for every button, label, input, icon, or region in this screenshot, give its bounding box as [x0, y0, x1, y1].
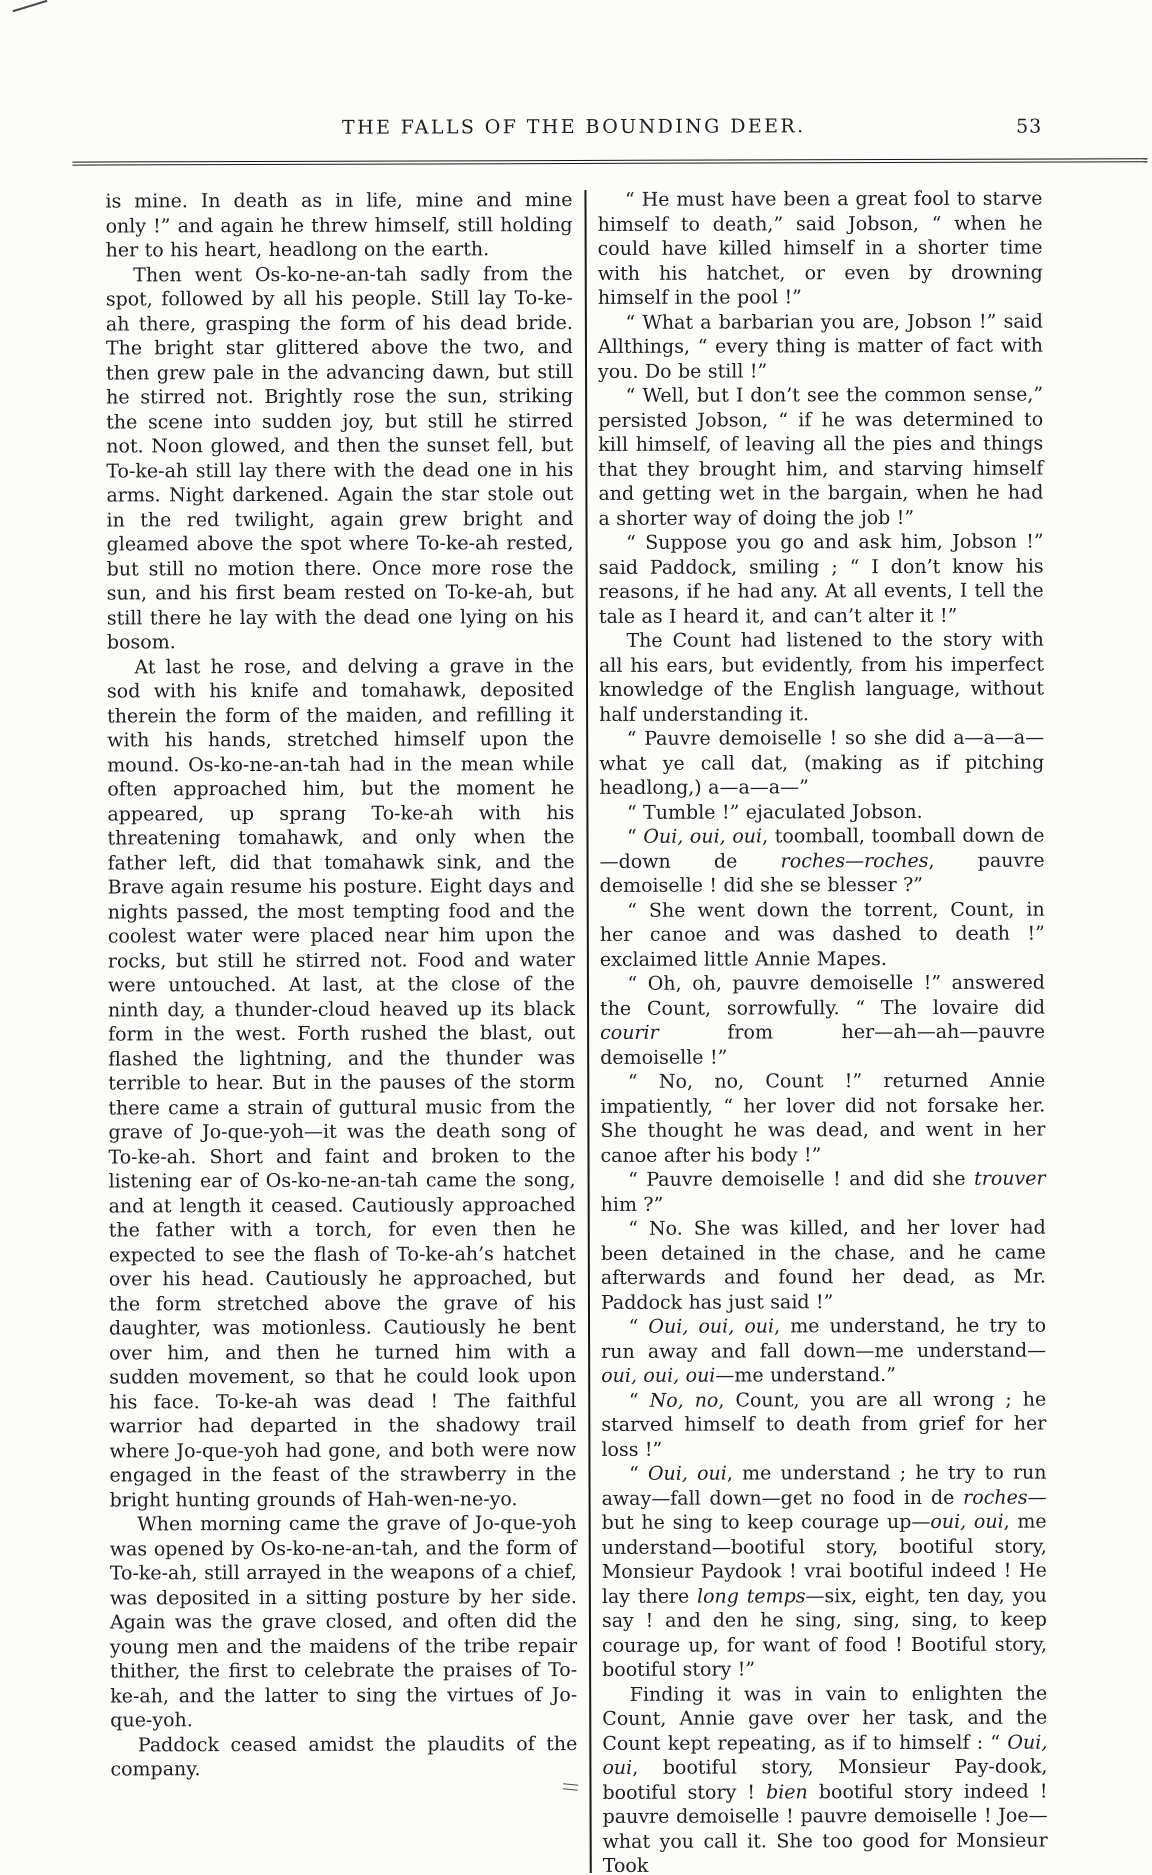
page-content: THE FALLS OF THE BOUNDING DEER. 53 is mi…	[105, 115, 1048, 1875]
paragraph: “ Oui, oui, me understand ; he try to ru…	[601, 1461, 1047, 1683]
left-column: is mine. In death as in life, mine and m…	[105, 188, 577, 1875]
paragraph: At last he rose, and delving a grave in …	[107, 654, 577, 1513]
right-column: “ He must have been a great fool to star…	[597, 187, 1047, 1875]
text-columns: is mine. In death as in life, mine and m…	[105, 187, 1047, 1875]
paragraph: “ Oui, oui, oui, me understand, he try t…	[601, 1314, 1046, 1389]
paragraph: “ He must have been a great fool to star…	[597, 187, 1042, 311]
page-number: 53	[1016, 116, 1042, 138]
paragraph: “ What a barbarian you are, Jobson !” sa…	[598, 309, 1043, 384]
scan-artifact-top-left	[12, 0, 47, 12]
running-title: THE FALLS OF THE BOUNDING DEER.	[105, 115, 1042, 140]
paragraph: The Count had listened to the story with…	[599, 628, 1044, 727]
paragraph: “ No, no, Count, you are all wrong ; he …	[601, 1387, 1046, 1462]
paragraph: Then went Os-ko-ne-an-tah sadly from the…	[106, 262, 574, 655]
paragraph: is mine. In death as in life, mine and m…	[105, 188, 572, 263]
page-header: THE FALLS OF THE BOUNDING DEER. 53	[105, 115, 1042, 154]
paragraph: When morning came the grave of Jo-que-yo…	[110, 1511, 578, 1733]
paragraph: Finding it was in vain to enlighten the …	[602, 1681, 1048, 1875]
paragraph: “ Well, but I don’t see the common sense…	[598, 383, 1043, 531]
paragraph: “ Oui, oui, oui, toomball, toomball down…	[599, 824, 1044, 899]
paragraph: “ Pauvre demoiselle ! and did she trouve…	[601, 1167, 1046, 1217]
paragraph: “ Suppose you go and ask him, Jobson !” …	[599, 530, 1044, 629]
paragraph: “ No. She was killed, and her lover had …	[601, 1216, 1046, 1315]
paragraph: “ No, no, Count !” returned Annie impati…	[600, 1069, 1045, 1168]
header-rule	[72, 158, 1147, 165]
scanned-book-page: { "header": { "title": "THE FALLS OF THE…	[0, 0, 1152, 1875]
paragraph: “ Oh, oh, pauvre demoiselle !” answered …	[600, 971, 1045, 1070]
paragraph: “ Pauvre demoiselle ! so she did a—a—a—w…	[599, 726, 1044, 801]
paragraph: “ Tumble !” ejaculated Jobson.	[599, 799, 1044, 825]
column-divider	[584, 190, 591, 1872]
paragraph: Paddock ceased amidst the plaudits of th…	[110, 1732, 577, 1782]
paragraph: “ She went down the torrent, Count, in h…	[600, 897, 1045, 972]
